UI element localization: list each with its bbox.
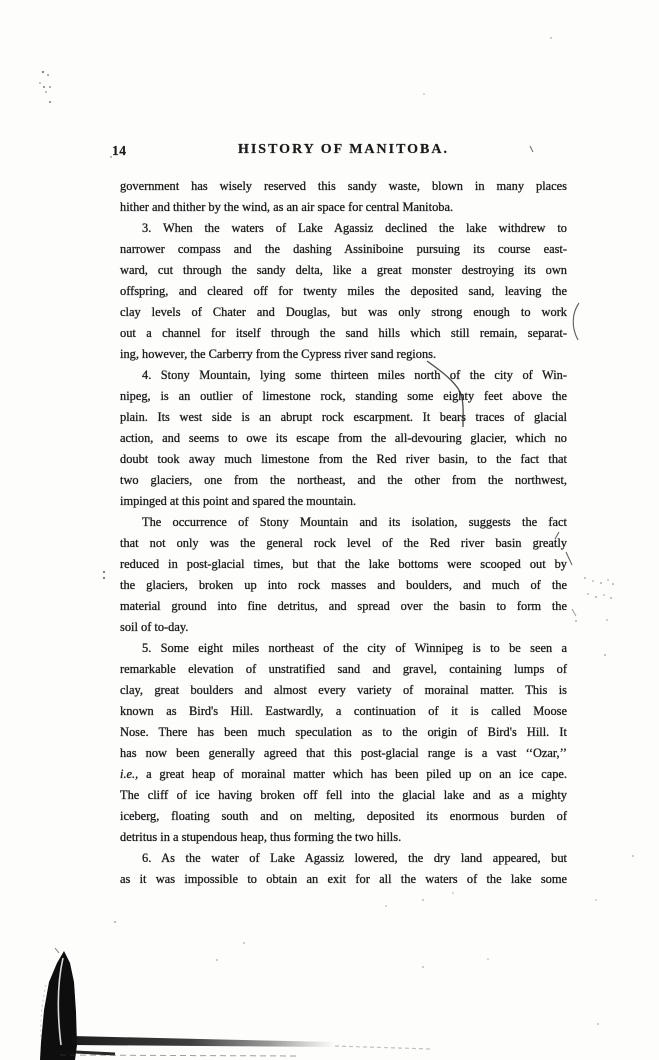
text-line: reduced in post-glacial times, but that …: [120, 554, 567, 575]
text-line: has now been generally agreed that this …: [120, 743, 567, 764]
ink-blob-highlight: [58, 958, 63, 1045]
text-line: known as Bird's Hill. Eastwardly, a cont…: [120, 701, 567, 722]
right-margin-stroke: [572, 609, 576, 616]
streak-band: [72, 1036, 335, 1047]
running-title: HISTORY OF MANITOBA.: [120, 142, 567, 158]
margin-paren-mark: [573, 303, 579, 340]
text-line: clay, great boulders and almost every va…: [120, 680, 567, 701]
streak-tail: [335, 1046, 430, 1049]
text-line: narrower compass and the dashing Assinib…: [120, 239, 567, 260]
text-line: two glaciers, one from the northeast, an…: [120, 470, 567, 491]
text-line: 3. When the waters of Lake Agassiz decli…: [120, 218, 567, 239]
blob-apex-speck: [55, 948, 59, 953]
text-line: that not only was the general rock level…: [120, 533, 567, 554]
text-line: The cliff of ice having broken off fell …: [120, 785, 567, 806]
text-line: action, and seems to owe its escape from…: [120, 428, 567, 449]
text-line: ward, cut through the sandy delta, like …: [120, 260, 567, 281]
text-line: The occurrence of Stony Mountain and its…: [120, 512, 567, 533]
paragraph: 3. When the waters of Lake Agassiz decli…: [120, 218, 567, 365]
text-line: 6. As the water of Lake Agassiz lowered,…: [120, 848, 567, 869]
text-line: impinged at this point and spared the mo…: [120, 491, 567, 512]
page-header: 14 HISTORY OF MANITOBA.: [120, 142, 567, 160]
streak-underline-thin: [60, 1055, 300, 1056]
text-line: government has wisely reserved this sand…: [120, 176, 567, 197]
text-line: ing, however, the Carberry from the Cypr…: [120, 344, 567, 365]
text-line: soil of to-day.: [120, 617, 567, 638]
ink-blob-fringe: [41, 985, 46, 1040]
right-margin-speckles: [575, 577, 614, 656]
ink-blob-artifact: [40, 951, 77, 1060]
text-line: hither and thither by the wind, as an ai…: [120, 197, 567, 218]
text-line: the glaciers, broken up into rock masses…: [120, 575, 567, 596]
text-line: iceberg, floating south and on melting, …: [120, 806, 567, 827]
text-line: as it was impossible to obtain an exit f…: [120, 869, 567, 890]
text-line: nipeg, is an outlier of limestone rock, …: [120, 386, 567, 407]
text-line: material ground into fine detritus, and …: [120, 596, 567, 617]
text-line: clay levels of Chater and Douglas, but w…: [120, 302, 567, 323]
page-number: 14: [112, 143, 127, 159]
text-line: out a channel for itself through the san…: [120, 323, 567, 344]
streak-underline-dark: [55, 1051, 115, 1054]
left-colon-marks: [103, 571, 105, 579]
topleft-speckles: [39, 71, 51, 103]
page-body: government has wisely reserved this sand…: [120, 176, 567, 890]
paragraph: The occurrence of Stony Mountain and its…: [120, 512, 567, 638]
text-line: offspring, and cleared off for twenty mi…: [120, 281, 567, 302]
paragraph: 5. Some eight miles northeast of the cit…: [120, 638, 567, 848]
paragraph: 4. Stony Mountain, lying some thirteen m…: [120, 365, 567, 512]
text-line: detritus in a stupendous heap, thus form…: [120, 827, 567, 848]
paragraph: government has wisely reserved this sand…: [120, 176, 567, 218]
paragraph: 6. As the water of Lake Agassiz lowered,…: [120, 848, 567, 890]
text-line: 4. Stony Mountain, lying some thirteen m…: [120, 365, 567, 386]
text-line: 5. Some eight miles northeast of the cit…: [120, 638, 567, 659]
text-line: doubt took away much limestone from the …: [120, 449, 567, 470]
text-line: Nose. There has been much speculation as…: [120, 722, 567, 743]
text-line: i.e., a great heap of morainal matter wh…: [120, 764, 567, 785]
scanned-book-page: 14 HISTORY OF MANITOBA. government has w…: [0, 0, 659, 1060]
text-line: plain. Its west side is an abrupt rock e…: [120, 407, 567, 428]
text-line: remarkable elevation of unstratified san…: [120, 659, 567, 680]
